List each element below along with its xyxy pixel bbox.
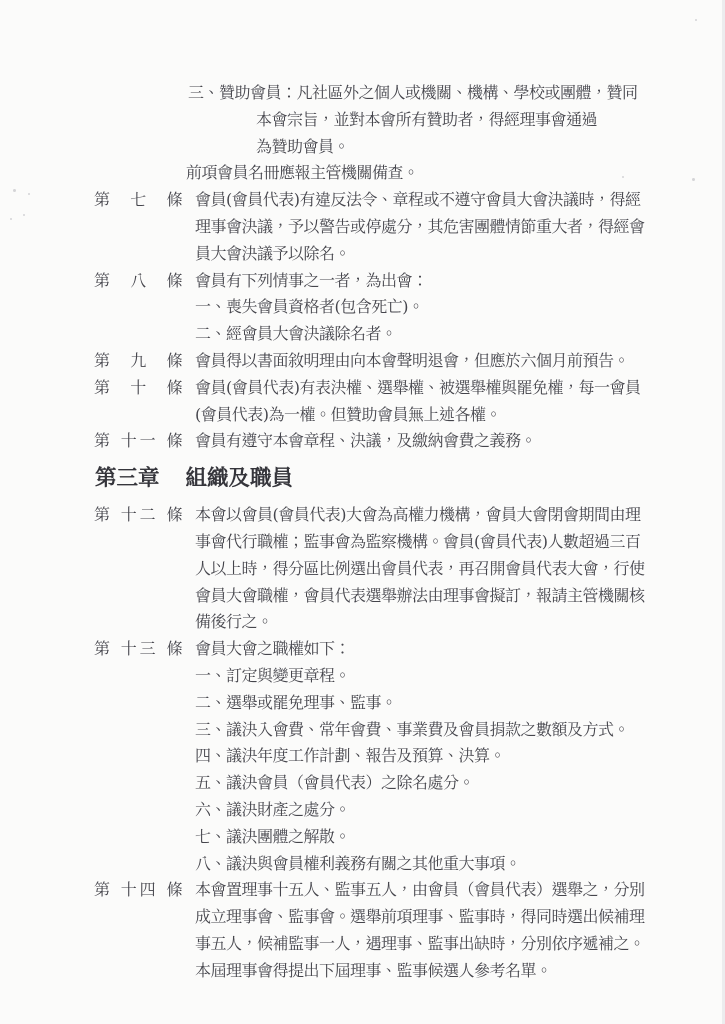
article-number: 第 十 條 [94, 375, 182, 402]
article-line: 會員大會職權，會員代表選舉辦法由理事會擬訂，報請主管機關核 [195, 583, 725, 610]
article-first-row: 第 十三 條會員大會之職權如下： [0, 636, 725, 663]
scan-speckle [692, 178, 695, 181]
article-line: 五、議決會員（會員代表）之除名處分。 [195, 770, 725, 797]
article-line: 會員有遵守本會章程、決議，及繳納會費之義務。 [195, 428, 536, 455]
article-first-row: 第 十一 條會員有遵守本會章程、決議，及繳納會費之義務。 [0, 428, 725, 455]
article-line: 一、訂定與變更章程。 [195, 663, 725, 690]
article: 第 十 條會員(會員代表)有表決權、選舉權、被選舉權與罷免權，每一會員(會員代表… [0, 375, 725, 429]
article-line: 事會代行職權；監事會為監察機構。會員(會員代表)人數超過三百 [195, 529, 725, 556]
article-line: 八、議決與會員權利義務有關之其他重大事項。 [195, 851, 725, 878]
article-line: 會員(會員代表)有表決權、選舉權、被選舉權與罷免權，每一會員 [195, 375, 641, 402]
chapter-title: 組織及職員 [186, 464, 294, 494]
article-line: 本會置理事十五人、監事五人，由會員（會員代表）選舉之，分別 [195, 877, 645, 904]
article: 第 九 條會員得以書面敘明理由向本會聲明退會，但應於六個月前預告。 [0, 348, 725, 375]
article-first-row: 第 八 條會員有下列情事之一者，為出會： [0, 268, 725, 295]
article-line: (會員代表)為一權。但贊助會員無上述各權。 [195, 402, 725, 429]
document-content: 三、贊助會員：凡社區外之個人或機關、機構、學校或團體，贊同本會宗旨，並對本會所有… [0, 80, 725, 985]
document-line: 前項會員名冊應報主管機關備查。 [186, 160, 725, 187]
article-line: 本會以會員(會員代表)大會為高權力機構，會員大會閉會期間由理 [195, 502, 641, 529]
article-first-row: 第 十 條會員(會員代表)有表決權、選舉權、被選舉權與罷免權，每一會員 [0, 375, 725, 402]
scan-speckle [10, 218, 12, 220]
article: 第 十一 條會員有遵守本會章程、決議，及繳納會費之義務。 [0, 428, 725, 455]
article-first-row: 第 七 條會員(會員代表)有違反法令、章程或不遵守會員大會決議時，得經 [0, 187, 725, 214]
article-line: 成立理事會、監事會。選舉前項理事、監事時，得同時選出候補理 [195, 904, 725, 931]
article-line: 六、議決財產之處分。 [195, 797, 725, 824]
article-number: 第 十二 條 [94, 502, 182, 529]
article-line: 理事會決議，予以警告或停處分，其危害團體情節重大者，得經會 [195, 214, 725, 241]
article-line: 人以上時，得分區比例選出會員代表，再召開會員代表大會，行使 [195, 556, 725, 583]
article-line: 七、議決團體之解散。 [195, 824, 725, 851]
article-line: 會員(會員代表)有違反法令、章程或不遵守會員大會決議時，得經 [195, 187, 641, 214]
scan-speckle [13, 189, 16, 192]
article-line: 事五人，候補監事一人，遇理事、監事出缺時，分別依序遞補之。 [195, 931, 725, 958]
scan-speckle [622, 176, 624, 178]
article-line: 本屆理事會得提出下屆理事、監事候選人參考名單。 [195, 958, 725, 985]
article-number: 第 八 條 [94, 268, 182, 295]
article-line: 備後行之。 [195, 609, 725, 636]
document-line: 為贊助會員。 [256, 134, 725, 161]
scanned-page: 三、贊助會員：凡社區外之個人或機關、機構、學校或團體，贊同本會宗旨，並對本會所有… [0, 0, 725, 1024]
article-number: 第 七 條 [94, 187, 182, 214]
article-line: 員大會決議予以除名。 [195, 241, 725, 268]
document-line: 本會宗旨，並對本會所有贊助者，得經理事會通過 [256, 107, 725, 134]
article-line: 三、議決入會費、常年會費、事業費及會員捐款之數額及方式。 [195, 717, 725, 744]
article: 第 十三 條會員大會之職權如下：一、訂定與變更章程。二、選舉或罷免理事、監事。三… [0, 636, 725, 877]
article: 第 八 條會員有下列情事之一者，為出會：一、喪失會員資格者(包含死亡)。二、經會… [0, 268, 725, 348]
article: 第 十二 條本會以會員(會員代表)大會為高權力機構，會員大會閉會期間由理事會代行… [0, 502, 725, 636]
article-number: 第 十一 條 [94, 428, 182, 455]
article-number: 第 十四 條 [94, 877, 182, 904]
scan-speckle [23, 214, 25, 216]
chapter-heading: 第三章組織及職員 [0, 464, 725, 494]
article-line: 會員有下列情事之一者，為出會： [195, 268, 428, 295]
article-number: 第 九 條 [94, 348, 182, 375]
article-first-row: 第 九 條會員得以書面敘明理由向本會聲明退會，但應於六個月前預告。 [0, 348, 725, 375]
article: 第 十四 條本會置理事十五人、監事五人，由會員（會員代表）選舉之，分別成立理事會… [0, 877, 725, 984]
article-first-row: 第 十四 條本會置理事十五人、監事五人，由會員（會員代表）選舉之，分別 [0, 877, 725, 904]
article: 第 七 條會員(會員代表)有違反法令、章程或不遵守會員大會決議時，得經理事會決議… [0, 187, 725, 267]
chapter-number: 第三章 [95, 464, 160, 494]
article-first-row: 第 十二 條本會以會員(會員代表)大會為高權力機構，會員大會閉會期間由理 [0, 502, 725, 529]
article-line: 會員大會之職權如下： [195, 636, 350, 663]
scan-speckle [695, 19, 697, 21]
scan-speckle [512, 388, 514, 390]
document-line: 三、贊助會員：凡社區外之個人或機關、機構、學校或團體，贊同 [188, 80, 725, 107]
article-number: 第 十三 條 [94, 636, 182, 663]
article-line: 四、議決年度工作計劃、報告及預算、決算。 [195, 743, 725, 770]
article-line: 二、經會員大會決議除名者。 [195, 321, 725, 348]
article-line: 會員得以書面敘明理由向本會聲明退會，但應於六個月前預告。 [195, 348, 629, 375]
scan-speckle [28, 193, 30, 195]
article-line: 一、喪失會員資格者(包含死亡)。 [195, 294, 725, 321]
article-line: 二、選舉或罷免理事、監事。 [195, 690, 725, 717]
